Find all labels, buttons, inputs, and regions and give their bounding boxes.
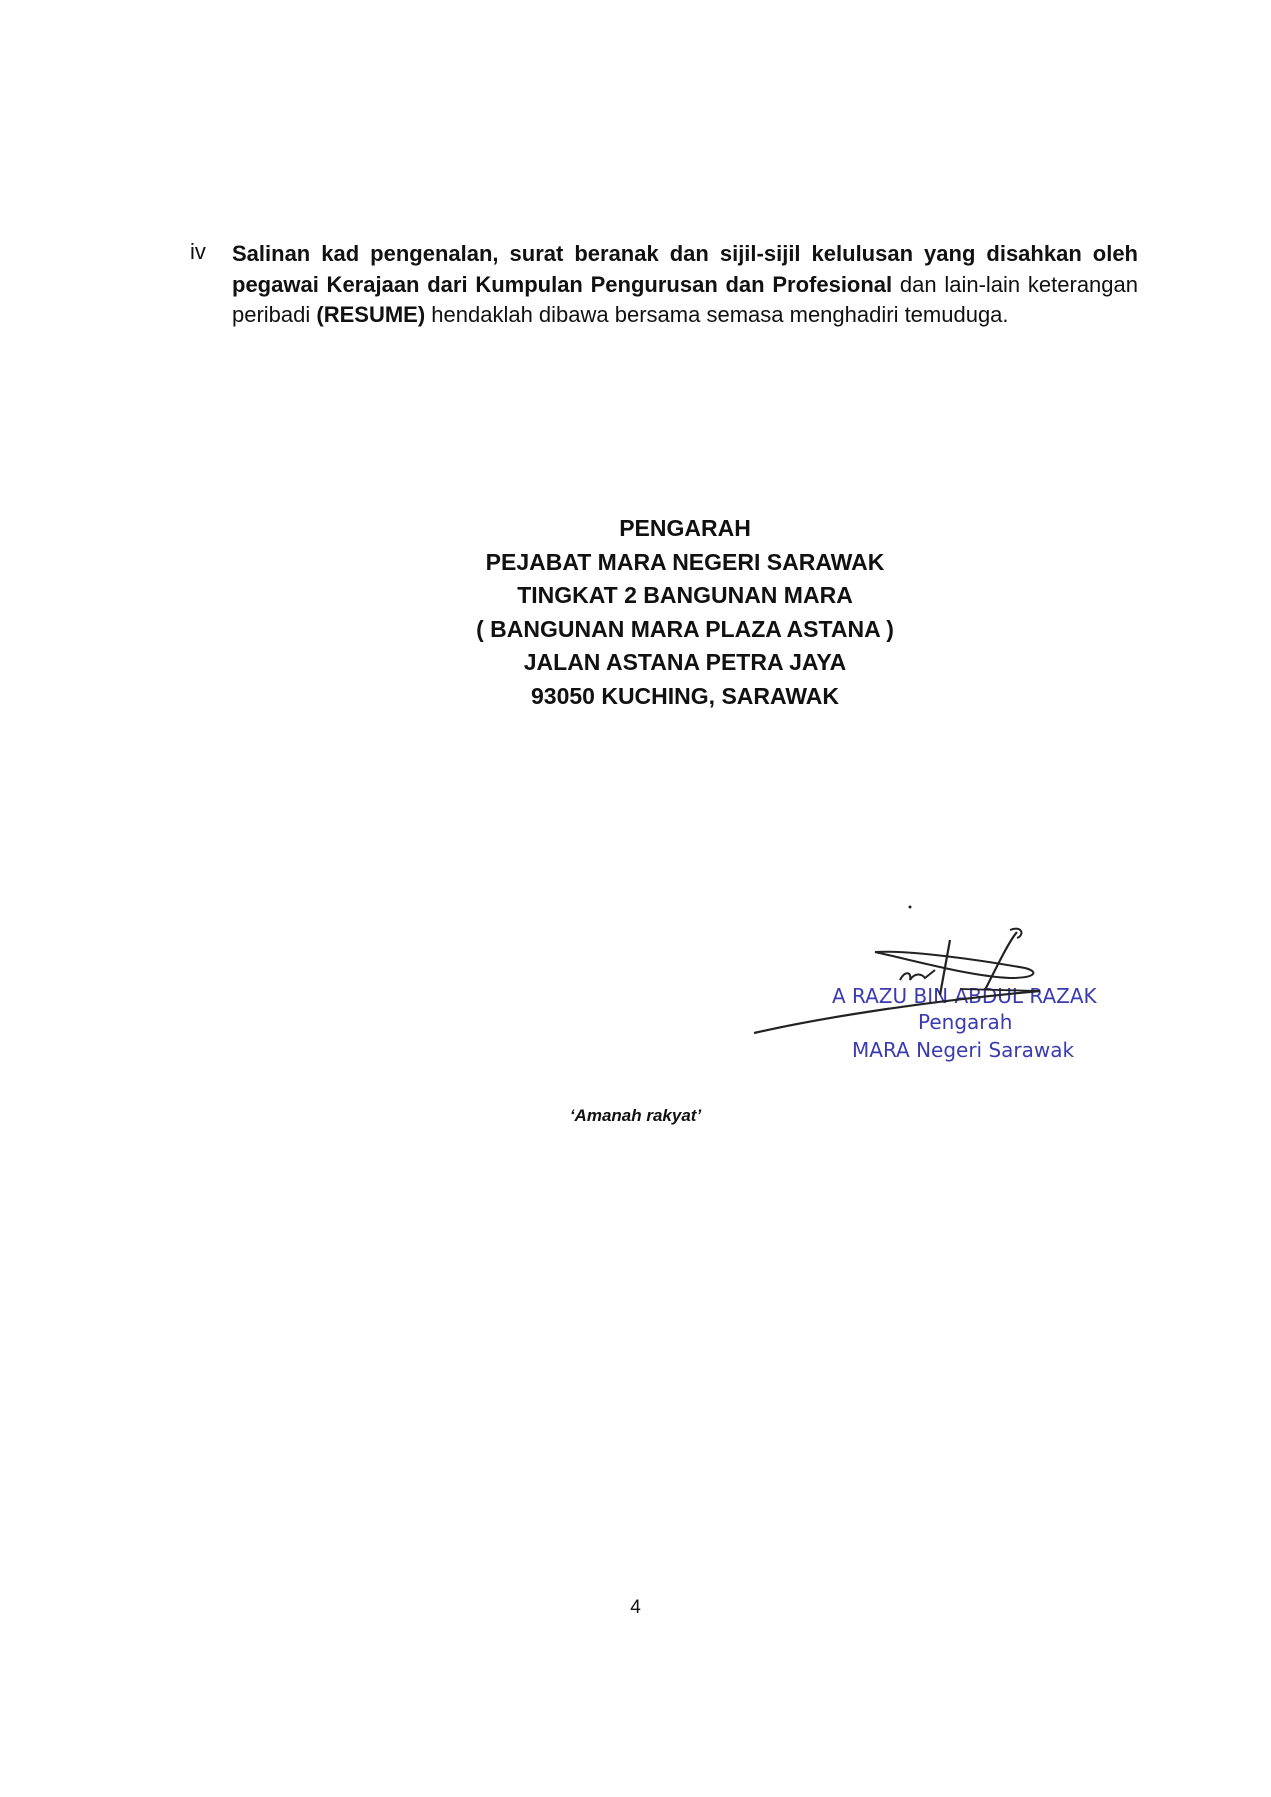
item-number: iv — [190, 239, 206, 265]
motto: ‘Amanah rakyat’ — [0, 1106, 1271, 1126]
address-line: JALAN ASTANA PETRA JAYA — [385, 646, 985, 680]
address-line: TINGKAT 2 BANGUNAN MARA — [385, 579, 985, 613]
item-text: Salinan kad pengenalan, surat beranak da… — [232, 239, 1138, 331]
address-line: PEJABAT MARA NEGERI SARAWAK — [385, 546, 985, 580]
handwritten-signature-icon — [740, 890, 1120, 1080]
address-line: ( BANGUNAN MARA PLAZA ASTANA ) — [385, 613, 985, 647]
list-item-iv: iv Salinan kad pengenalan, surat beranak… — [190, 239, 1138, 331]
address-line: 93050 KUCHING, SARAWAK — [385, 680, 985, 714]
address-line: PENGARAH — [385, 512, 985, 546]
item-bold-text-2: (RESUME) — [316, 302, 425, 327]
address-block: PENGARAH PEJABAT MARA NEGERI SARAWAK TIN… — [385, 512, 985, 713]
signature-block: A RAZU BIN ABDUL RAZAK Pengarah MARA Neg… — [740, 890, 1120, 1080]
page-number: 4 — [0, 1597, 1271, 1619]
item-text-2: hendaklah dibawa bersama semasa menghadi… — [425, 302, 1008, 327]
